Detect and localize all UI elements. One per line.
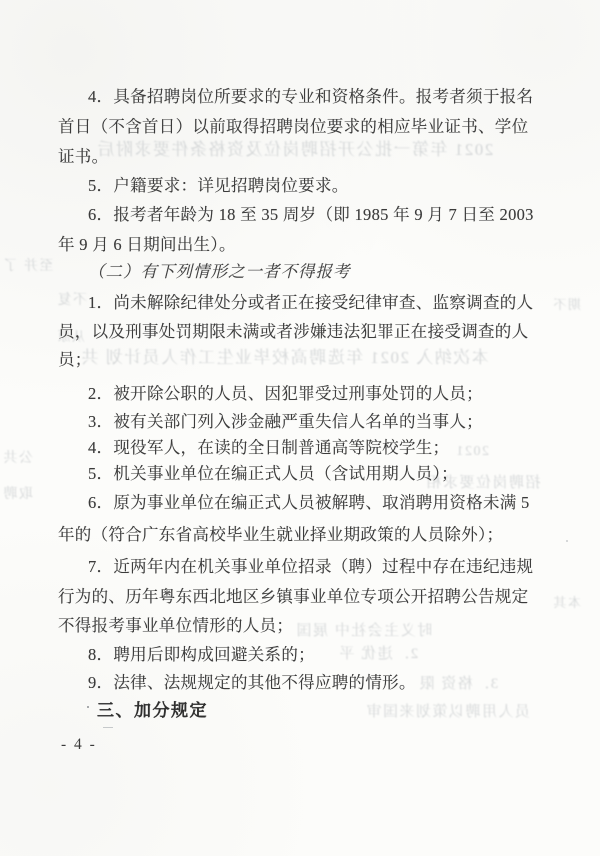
scan-speck [87,706,89,708]
bleedthrough-artifact: 取聘 [2,488,33,502]
text-line: 5．机关事业单位在编正式人员（含试用期人员）； [88,463,458,485]
bleedthrough-artifact: 2021 年第一批公开招聘岗位及资格条件要求附后 [96,141,493,158]
text-line: 首日（不含首日）以前取得招聘岗位要求的相应毕业证书、学位 [58,116,528,138]
bleedthrough-artifact: 2021 [455,445,489,459]
section-heading: 三、加分规定 [97,700,208,722]
scan-speck [566,540,568,542]
scanned-document-page: 2021 年第一批公开招聘岗位及资格条件要求附后至并 了不复期不从原本次纳入 2… [0,0,600,856]
bleedthrough-artifact: 本次纳入 2021 年选聘高校毕业生工作人员计划 共 [80,349,489,366]
bleedthrough-artifact: 不复 [56,294,87,308]
bleedthrough-artifact: 2．违优 平 [338,647,418,662]
text-line: 1．尚未解除纪律处分或者正在接受纪律审查、监察调查的人 [88,292,533,314]
text-line: 年的（符合广东省高校毕业生就业择业期政策的人员除外）； [58,524,503,546]
text-line: 2．被开除公职的人员、因犯罪受过刑事处罚的人员； [88,383,483,405]
text-line: 员； [58,349,92,371]
text-line: 6．报考者年龄为 18 至 35 周岁（即 1985 年 9 月 7 日至 20… [88,204,534,226]
bleedthrough-artifact: 本其 [552,596,581,609]
text-line: 9．法律、法规规定的其他不得应聘的情形。 [88,672,416,694]
text-line: 4．现役军人，在读的全日制普通高等院校学生； [88,437,449,459]
text-line: 3．被有关部门列入涉金融严重失信人名单的当事人； [88,411,483,433]
text-line: 不得报考事业单位情形的人员； [58,615,293,637]
bleedthrough-artifact: 时义主会社中 展国 [295,624,432,639]
text-line: 7．近两年内在机关事业单位招录（聘）过程中存在违纪违规 [88,556,533,578]
text-line: 行为的、历年粤东西北地区乡镇事业单位专项公开招聘公告规定 [58,586,528,608]
page-number: - 4 - [61,736,97,754]
bleedthrough-artifact: 至并 了 [2,260,54,274]
subsection-heading: （二）有下列情形之一者不得报考 [88,261,351,283]
text-line: 年 9 月 6 日期间出生）。 [58,234,236,256]
text-line: 员，以及刑事处罚期限未满或者涉嫌违法犯罪正在接受调查的人 [58,321,528,343]
bleedthrough-artifact: 期不 [552,298,581,311]
text-line: 5．户籍要求：详见招聘岗位要求。 [88,175,349,197]
bleedthrough-artifact: 3．格资 限 [418,677,498,692]
scan-speck [103,727,113,728]
text-line: 6．原为事业单位在编正式人员被解聘、取消聘用资格未满 5 [88,492,530,514]
text-line: 8．聘用后即构成回避关系的； [88,644,315,666]
bleedthrough-artifact: 公共 [2,452,33,466]
text-line: 证书。 [58,146,108,168]
text-line: 4．具备招聘岗位所要求的专业和资格条件。报考者须于报名 [88,86,533,108]
bleedthrough-artifact: 员人用聘以策划来国审 [365,705,530,720]
